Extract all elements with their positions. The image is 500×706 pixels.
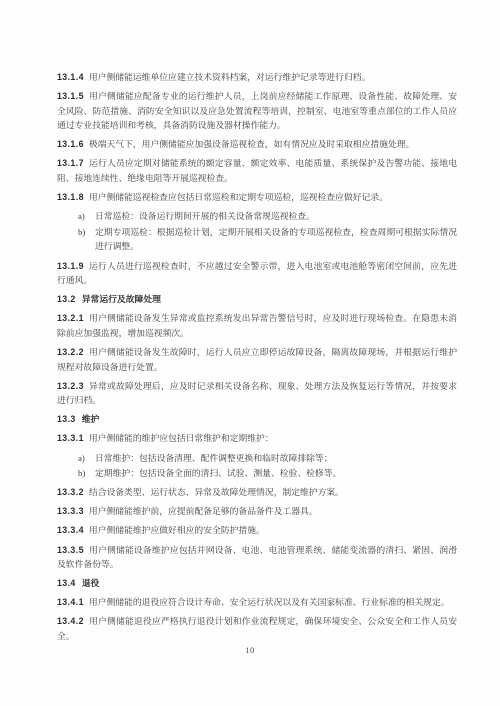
clause-number: 13.3.3	[57, 506, 84, 516]
clause-number: 13.2.3	[57, 381, 84, 391]
clause-text: 用户侧储能设备发生故障时，运行人员应立即停运故障设备，隔离故障现场，并根据运行维…	[57, 347, 457, 372]
document-content: 13.1.4用户侧储能运维单位应建立技术资料档案，对运行维护记录等进行归档。 1…	[57, 70, 457, 648]
clause-text: 用户侧储能维护前，应提前配备足够的备品备件及工器具。	[89, 506, 318, 516]
clause-13-3-5: 13.3.5用户侧储能设备维护应包括并网设备、电池、电池管理系统、储能变流器的清…	[57, 543, 457, 572]
section-number: 13.4	[57, 578, 76, 588]
clause-13-1-8: 13.1.8用户侧储能巡视检查应包括日常巡检和定期专项巡检，巡视检查应做好记录。	[57, 190, 457, 205]
clause-number: 13.4.1	[57, 597, 84, 607]
clause-number: 13.2.2	[57, 347, 84, 357]
clause-number: 13.2.1	[57, 313, 84, 323]
list-item-a: a)日常巡检：设备运行期间开展的相关设备常规巡视检查。	[78, 209, 457, 224]
list-marker: b)	[78, 225, 95, 254]
list-marker: a)	[78, 209, 95, 224]
section-title: 异常运行及故障处理	[82, 294, 161, 304]
clause-number: 13.1.7	[57, 158, 84, 168]
clause-text: 极端天气下，用户侧储能应加强设备巡视检查，如有情况应及时采取相应措施处理。	[89, 139, 415, 149]
clause-text: 用户侧储能的退役应符合设计寿命、安全运行状况以及有关国家标准、行业标准的相关规定…	[89, 597, 450, 607]
list-group-13-3-1: a)日常维护：包括设备清理、配件调整更换和临时故障排除等； b)定期维护：包括设…	[57, 451, 457, 481]
clause-text: 用户侧储能巡视检查应包括日常巡检和定期专项巡检，巡视检查应做好记录。	[89, 192, 388, 202]
clause-13-2-1: 13.2.1用户侧储能设备发生异常或监控系统发出异常告警信号时，应及时进行现场检…	[57, 311, 457, 340]
clause-number: 13.1.6	[57, 139, 84, 149]
clause-13-1-6: 13.1.6极端天气下，用户侧储能应加强设备巡视检查，如有情况应及时采取相应措施…	[57, 137, 457, 152]
page-number: 10	[0, 645, 500, 655]
clause-13-3-4: 13.3.4用户侧储能维护应做好相应的安全防护措施。	[57, 523, 457, 538]
clause-13-4-2: 13.4.2用户侧储能退役应严格执行退役计划和作业流程规定，确保环境安全、公众安…	[57, 614, 457, 643]
section-heading-13-4: 13.4退役	[57, 576, 457, 591]
clause-text: 用户侧储能设备维护应包括并网设备、电池、电池管理系统、储能变流器的清扫、紧固、润…	[57, 545, 457, 570]
clause-number: 13.3.1	[57, 433, 84, 443]
list-group-13-1-8: a)日常巡检：设备运行期间开展的相关设备常规巡视检查。 b)定期专项巡检：根据巡…	[57, 209, 457, 254]
list-text: 定期专项巡检：根据巡检计划，定期开展相关设备的专项巡视检查，检查周期可根据实际情…	[95, 225, 457, 254]
clause-text: 用户侧储能运维单位应建立技术资料档案，对运行维护记录等进行归档。	[89, 72, 371, 82]
clause-13-3-2: 13.3.2结合设备类型、运行状态、异常及故障处理情况，制定维护方案。	[57, 485, 457, 500]
section-number: 13.3	[57, 414, 76, 424]
clause-text: 用户侧储能的维护应包括日常维护和定期维护：	[89, 433, 274, 443]
clause-number: 13.1.4	[57, 72, 84, 82]
list-item-a: a)日常维护：包括设备清理、配件调整更换和临时故障排除等；	[78, 451, 457, 466]
clause-number: 13.4.2	[57, 616, 84, 626]
clause-number: 13.3.4	[57, 525, 84, 535]
clause-13-3-1: 13.3.1用户侧储能的维护应包括日常维护和定期维护：	[57, 431, 457, 446]
clause-13-4-1: 13.4.1用户侧储能的退役应符合设计寿命、安全运行状况以及有关国家标准、行业标…	[57, 595, 457, 610]
list-text: 日常维护：包括设备清理、配件调整更换和临时故障排除等；	[95, 451, 457, 466]
clause-13-1-9: 13.1.9运行人员进行巡视检查时，不应越过安全警示带，进入电池室或电池舱等密闭…	[57, 259, 457, 288]
clause-13-1-5: 13.1.5用户侧储能应配备专业的运行维护人员，上岗前应经储能工作原理、设备性能…	[57, 89, 457, 133]
list-marker: b)	[78, 466, 95, 481]
clause-13-1-4: 13.1.4用户侧储能运维单位应建立技术资料档案，对运行维护记录等进行归档。	[57, 70, 457, 85]
clause-13-1-7: 13.1.7运行人员应定期对储能系统的额定容量、额定效率、电能质量、系统保护及告…	[57, 156, 457, 185]
clause-number: 13.1.8	[57, 192, 84, 202]
clause-text: 异常或故障处理后，应及时记录相关设备名称、现象、处理方法及恢复运行等情况，并按要…	[57, 381, 457, 406]
list-text: 日常巡检：设备运行期间开展的相关设备常规巡视检查。	[95, 209, 457, 224]
document-page: 13.1.4用户侧储能运维单位应建立技术资料档案，对运行维护记录等进行归档。 1…	[0, 0, 500, 706]
list-item-b: b)定期维护：包括设备全面的清扫、试验、测量、检验、检修等。	[78, 466, 457, 481]
section-heading-13-2: 13.2异常运行及故障处理	[57, 292, 457, 307]
clause-text: 结合设备类型、运行状态、异常及故障处理情况，制定维护方案。	[89, 487, 344, 497]
clause-number: 13.3.5	[57, 545, 84, 555]
clause-number: 13.1.9	[57, 261, 84, 271]
clause-text: 用户侧储能设备发生异常或监控系统发出异常告警信号时，应及时进行现场检查。在隐患未…	[57, 313, 457, 338]
clause-text: 用户侧储能维护应做好相应的安全防护措施。	[89, 525, 265, 535]
clause-text: 运行人员进行巡视检查时，不应越过安全警示带，进入电池室或电池舱等密闭空间前，应先…	[57, 261, 457, 286]
clause-number: 13.3.2	[57, 487, 84, 497]
section-title: 退役	[82, 578, 100, 588]
clause-13-2-3: 13.2.3异常或故障处理后，应及时记录相关设备名称、现象、处理方法及恢复运行等…	[57, 379, 457, 408]
list-marker: a)	[78, 451, 95, 466]
clause-text: 运行人员应定期对储能系统的额定容量、额定效率、电能质量、系统保护及告警功能、接地…	[57, 158, 457, 183]
clause-text: 用户侧储能应配备专业的运行维护人员，上岗前应经储能工作原理、设备性能、故障处理、…	[57, 91, 457, 130]
section-number: 13.2	[57, 294, 76, 304]
clause-number: 13.1.5	[57, 91, 84, 101]
clause-text: 用户侧储能退役应严格执行退役计划和作业流程规定，确保环境安全、公众安全和工作人员…	[57, 616, 457, 641]
clause-13-3-3: 13.3.3用户侧储能维护前，应提前配备足够的备品备件及工器具。	[57, 504, 457, 519]
list-item-b: b)定期专项巡检：根据巡检计划，定期开展相关设备的专项巡视检查，检查周期可根据实…	[78, 225, 457, 254]
clause-13-2-2: 13.2.2用户侧储能设备发生故障时，运行人员应立即停运故障设备，隔离故障现场，…	[57, 345, 457, 374]
section-title: 维护	[82, 414, 100, 424]
list-text: 定期维护：包括设备全面的清扫、试验、测量、检验、检修等。	[95, 466, 457, 481]
section-heading-13-3: 13.3维护	[57, 412, 457, 427]
